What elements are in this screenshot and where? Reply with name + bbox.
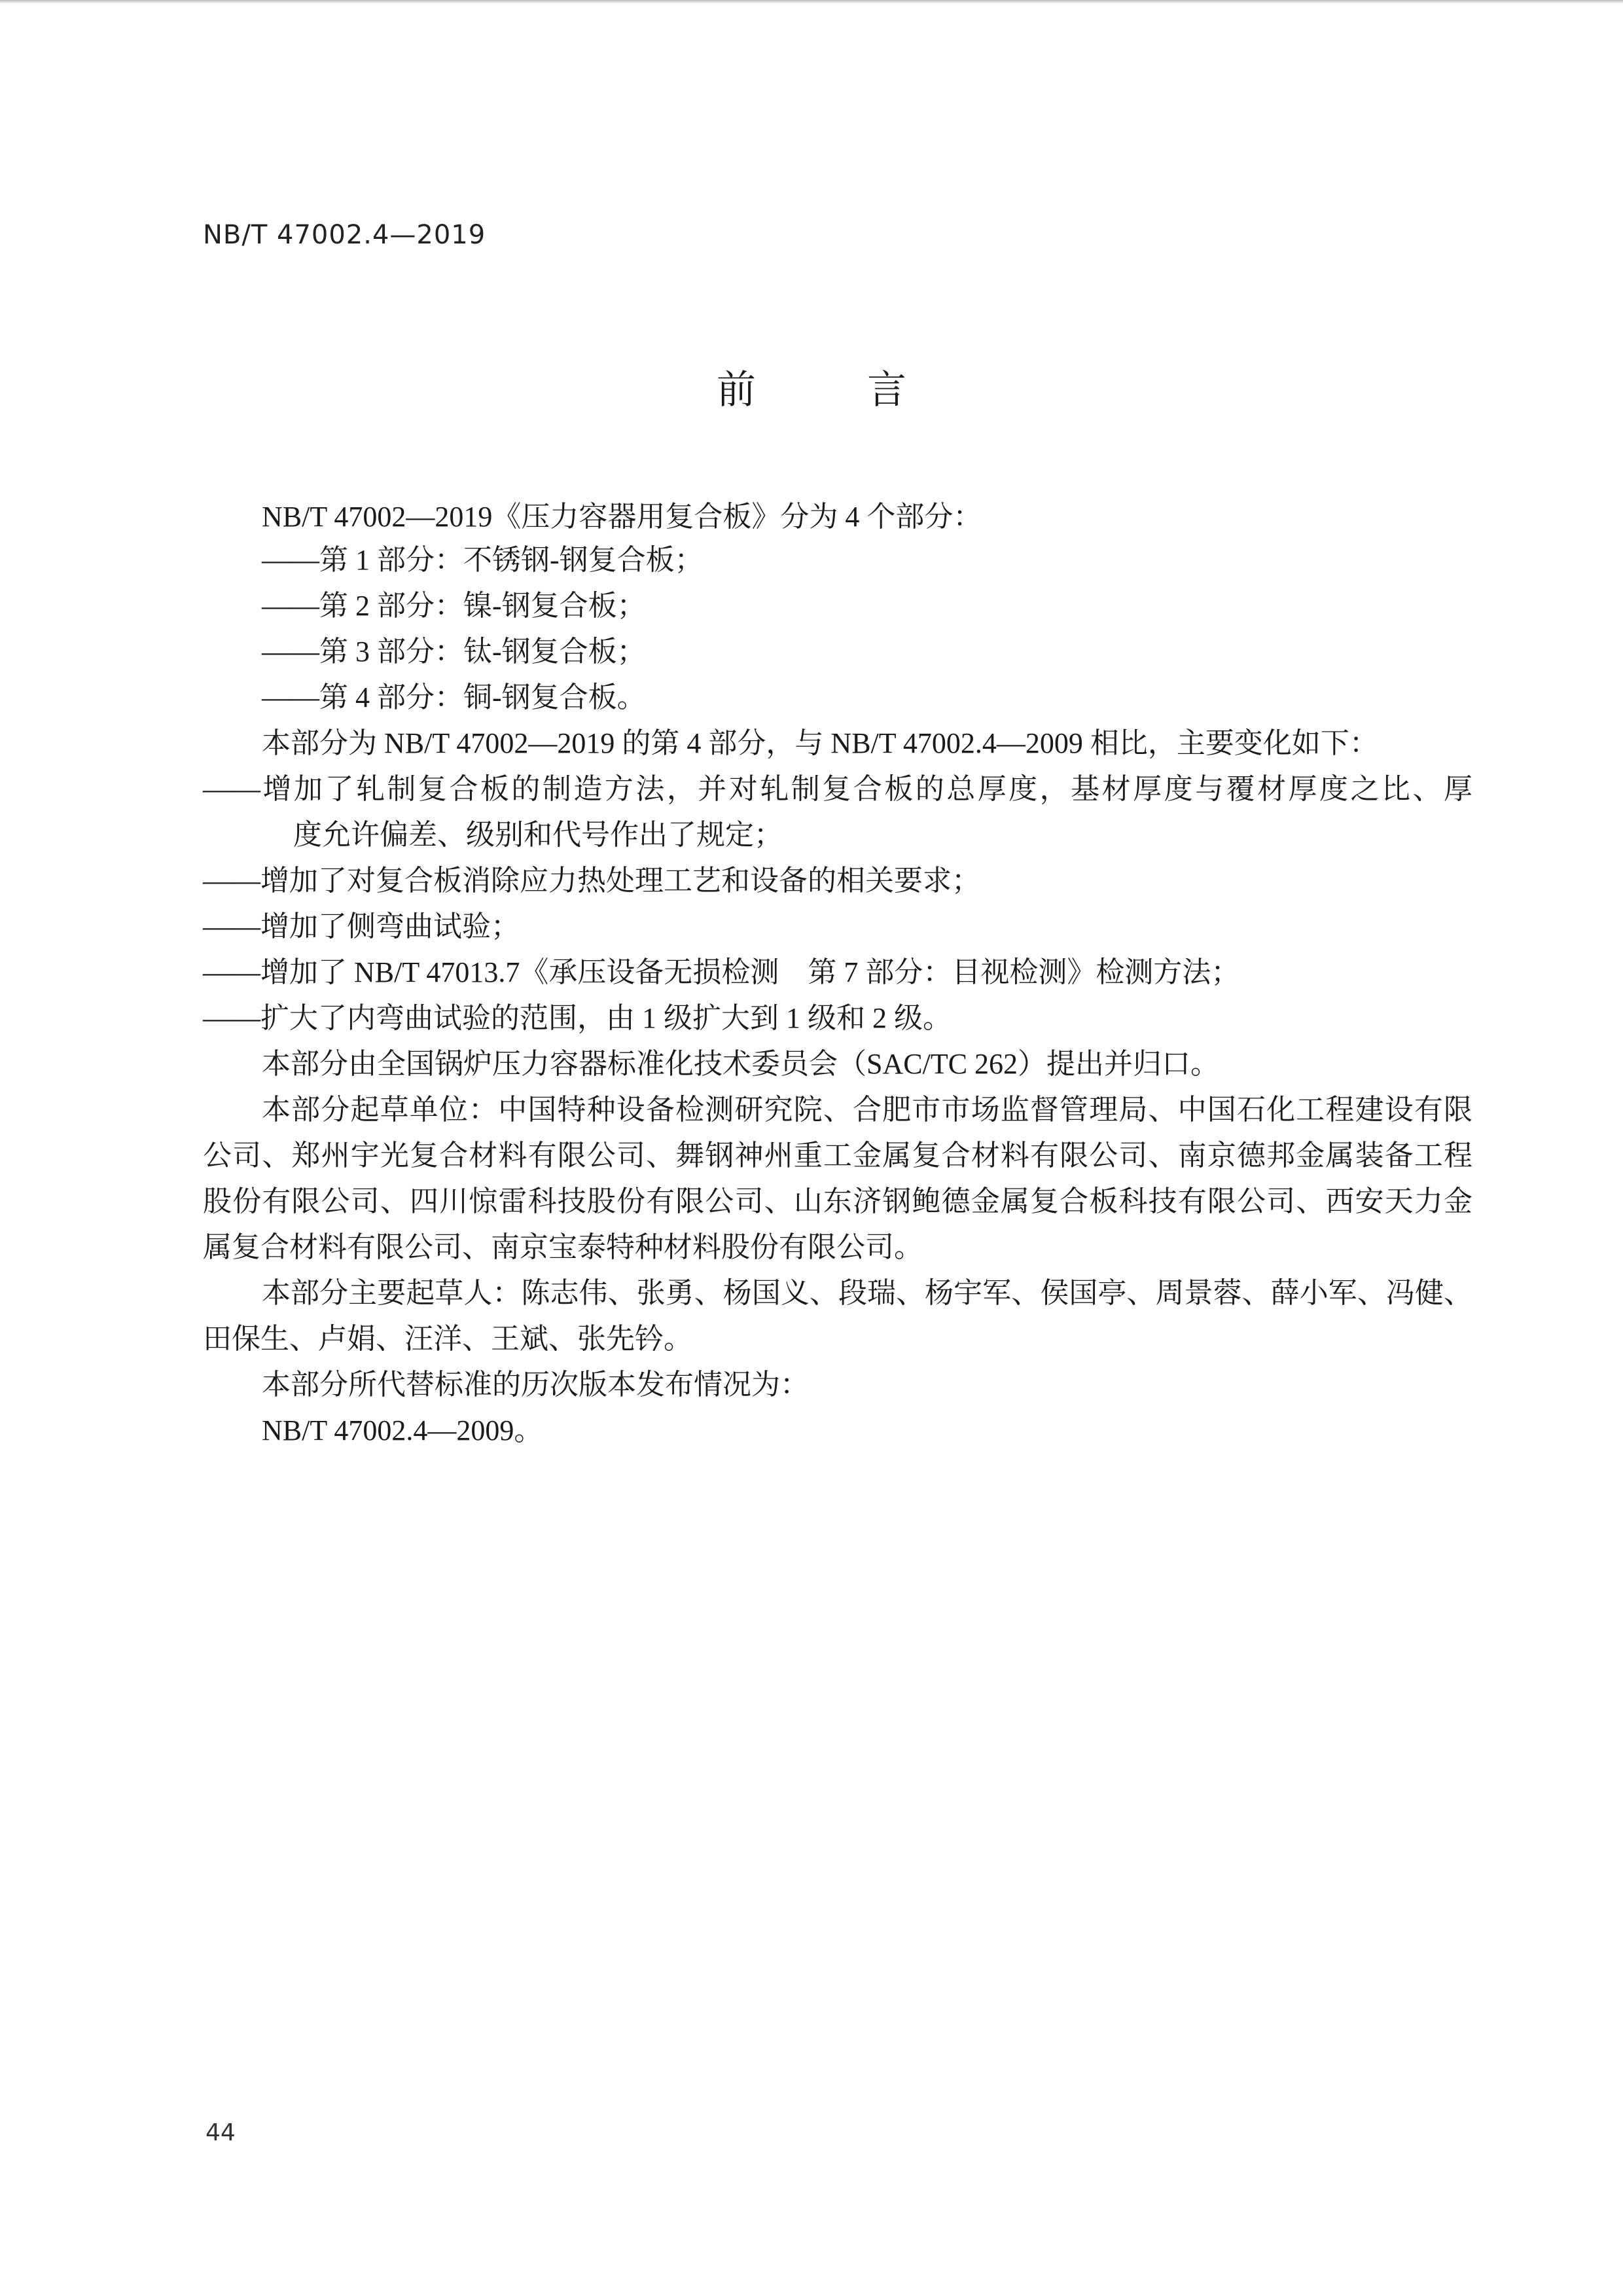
page-title: 前言 bbox=[0, 359, 1623, 415]
drafters-line: 本部分主要起草人：陈志伟、张勇、杨国义、段瑞、杨宇军、侯国亭、周景蓉、薛小军、冯… bbox=[262, 1275, 1472, 1312]
drafting-units-line: 股份有限公司、四川惊雷科技股份有限公司、山东济钢鲍德金属复合板科技有限公司、西安… bbox=[203, 1183, 1472, 1220]
drafting-units-line: 本部分起草单位：中国特种设备检测研究院、合肥市市场监督管理局、中国石化工程建设有… bbox=[262, 1092, 1472, 1128]
change-item: ——增加了侧弯曲试验； bbox=[203, 908, 520, 945]
part-item: ——第 4 部分：铜-钢复合板。 bbox=[262, 679, 646, 716]
drafters-line: 田保生、卢娟、汪洋、王斌、张先钤。 bbox=[203, 1321, 692, 1357]
change-item: ——增加了轧制复合板的制造方法，并对轧制复合板的总厚度，基材厚度与覆材厚度之比、… bbox=[203, 771, 1472, 808]
drafting-units-line: 公司、郑州宇光复合材料有限公司、舞钢神州重工金属复合材料有限公司、南京德邦金属装… bbox=[203, 1138, 1472, 1174]
change-item-continuation: 度允许偏差、级别和代号作出了规定； bbox=[293, 817, 783, 853]
title-char-1: 前 bbox=[717, 359, 756, 415]
change-item: ——增加了对复合板消除应力热处理工艺和设备的相关要求； bbox=[203, 863, 980, 899]
change-item: ——扩大了内弯曲试验的范围，由 1 级扩大到 1 级和 2 级。 bbox=[203, 1000, 952, 1037]
history-item: NB/T 47002.4—2009。 bbox=[262, 1412, 543, 1449]
part-item: ——第 3 部分：钛-钢复合板； bbox=[262, 634, 646, 670]
drafting-units-line: 属复合材料有限公司、南京宝泰特种材料股份有限公司。 bbox=[203, 1229, 923, 1266]
scan-edge bbox=[0, 0, 1623, 4]
parts-intro: NB/T 47002—2019《压力容器用复合板》分为 4 个部分： bbox=[262, 499, 982, 535]
change-item: ——增加了 NB/T 47013.7《承压设备无损检测 第 7 部分：目视检测》… bbox=[203, 954, 1240, 991]
page-number: 44 bbox=[205, 2119, 236, 2146]
part-item: ——第 2 部分：镍-钢复合板； bbox=[262, 588, 646, 624]
part-item: ——第 1 部分：不锈钢-钢复合板； bbox=[262, 542, 704, 579]
title-char-2: 言 bbox=[867, 359, 906, 415]
changes-intro: 本部分为 NB/T 47002—2019 的第 4 部分，与 NB/T 4700… bbox=[262, 725, 1378, 762]
history-intro: 本部分所代替标准的历次版本发布情况为： bbox=[262, 1367, 809, 1403]
proposed-by: 本部分由全国锅炉压力容器标准化技术委员会（SAC/TC 262）提出并归口。 bbox=[262, 1046, 1219, 1083]
standard-code-header: NB/T 47002.4—2019 bbox=[203, 220, 486, 250]
